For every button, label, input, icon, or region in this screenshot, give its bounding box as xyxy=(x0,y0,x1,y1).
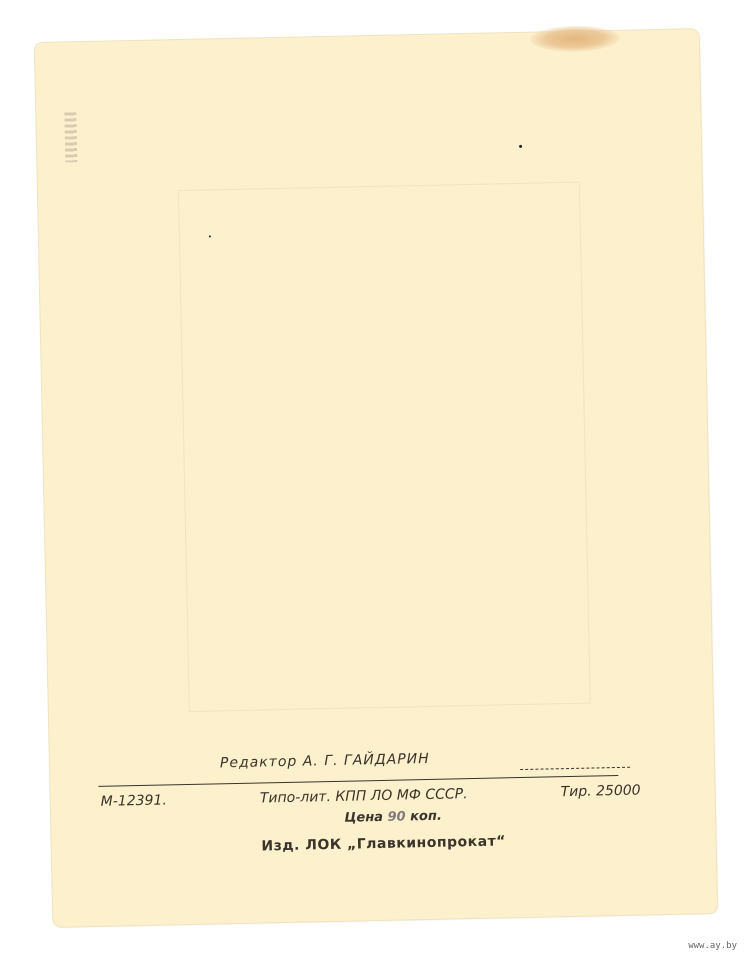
ink-dot xyxy=(209,235,211,237)
watermark: www.ay.by xyxy=(688,941,737,951)
printer: Типо-лит. КПП ЛО МФ СССР. xyxy=(260,786,468,806)
print-run: Тир. 25000 xyxy=(560,783,640,801)
stain-mark xyxy=(530,25,621,53)
embossed-frame xyxy=(178,182,591,712)
price-value: 90 xyxy=(387,809,405,824)
imprint-block: Редактор А. Г. ГАЙДАРИН М-12391. Типо-ли… xyxy=(50,745,714,775)
editor-line: Редактор А. Г. ГАЙДАРИН xyxy=(220,745,714,771)
faint-stamp-mark xyxy=(64,112,77,162)
price-unit: коп. xyxy=(410,809,442,825)
postcard: Редактор А. Г. ГАЙДАРИН М-12391. Типо-ли… xyxy=(35,29,717,927)
order-number: М-12391. xyxy=(101,792,167,809)
editor-label: Редактор xyxy=(220,754,298,772)
divider-dash xyxy=(520,767,630,770)
editor-name: А. Г. ГАЙДАРИН xyxy=(303,751,430,770)
publisher: Изд. ЛОК „Главкинопрокат“ xyxy=(52,829,716,859)
price-label: Цена xyxy=(344,810,383,826)
ink-dot xyxy=(519,145,522,148)
